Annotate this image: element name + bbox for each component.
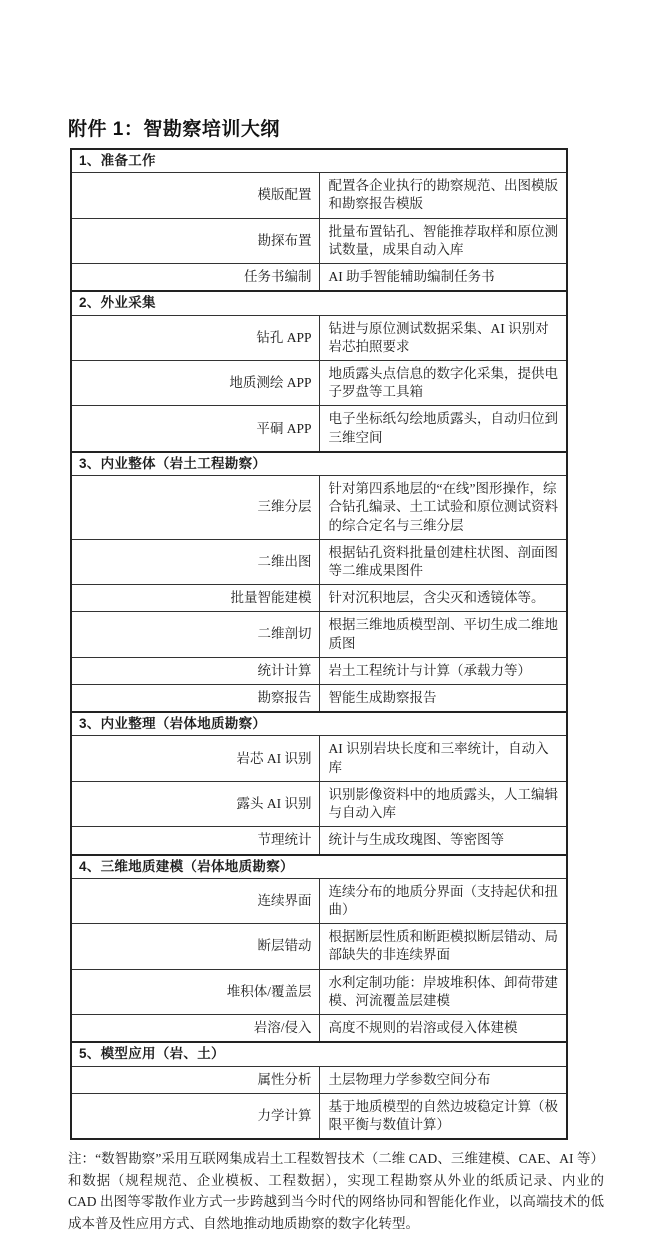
table-row: 地质测绘 APP地质露头点信息的数字化采集，提供电子罗盘等工具箱: [71, 360, 567, 405]
section-header-row: 3、内业整理（岩体地质勘察）: [71, 712, 567, 736]
item-label: 模版配置: [71, 173, 319, 218]
item-description: AI 助手智能辅助编制任务书: [319, 264, 567, 292]
section-header: 1、准备工作: [71, 149, 567, 173]
table-row: 勘察报告智能生成勘察报告: [71, 685, 567, 713]
item-description: 识别影像资料中的地质露头，人工编辑与自动入库: [319, 781, 567, 826]
table-row: 断层错动根据断层性质和断距模拟断层错动、局部缺失的非连续界面: [71, 924, 567, 941]
item-label: 统计计算: [71, 657, 319, 684]
table-row: 批量智能建模针对沉积地层，含尖灭和透镜体等。: [71, 585, 567, 612]
item-label: 平硐 APP: [71, 406, 319, 452]
table-row: 连续界面连续分布的地质分界面（支持起伏和扭曲）: [71, 878, 567, 923]
section-header-row: 3、内业整体（岩土工程勘察）: [71, 452, 567, 476]
item-description: 统计与生成玫瑰图、等密图等: [319, 827, 567, 855]
item-label: 连续界面: [71, 878, 319, 923]
table-row: 岩芯 AI 识别AI 识别岩块长度和三率统计，自动入库: [71, 736, 567, 781]
item-description: AI 识别岩块长度和三率统计，自动入库: [319, 736, 567, 781]
item-description: 岩土工程统计与计算（承载力等）: [319, 657, 567, 684]
item-label: 节理统计: [71, 827, 319, 855]
table-row: 二维剖切根据三维地质模型剖、平切生成二维地质图: [71, 612, 567, 657]
section-header: 3、内业整理（岩体地质勘察）: [71, 712, 567, 736]
training-outline-table: 1、准备工作模版配置配置各企业执行的勘察规范、出图模版和勘察报告模版勘探布置批量…: [70, 148, 568, 941]
table-row: 钻孔 APP钻进与原位测试数据采集、AI 识别对岩芯拍照要求: [71, 315, 567, 360]
item-label: 勘察报告: [71, 685, 319, 713]
item-label: 任务书编制: [71, 264, 319, 292]
table-row: 勘探布置批量布置钻孔、智能推荐取样和原位测试数量，成果自动入库: [71, 218, 567, 263]
outline-table-body: 1、准备工作模版配置配置各企业执行的勘察规范、出图模版和勘察报告模版勘探布置批量…: [71, 149, 567, 941]
table-row: 模版配置配置各企业执行的勘察规范、出图模版和勘察报告模版: [71, 173, 567, 218]
item-description: 配置各企业执行的勘察规范、出图模版和勘察报告模版: [319, 173, 567, 218]
table-row: 节理统计统计与生成玫瑰图、等密图等: [71, 827, 567, 855]
section-header-row: 1、准备工作: [71, 149, 567, 173]
item-label: 地质测绘 APP: [71, 360, 319, 405]
item-label: 三维分层: [71, 476, 319, 540]
table-row: 任务书编制AI 助手智能辅助编制任务书: [71, 264, 567, 292]
item-label: 露头 AI 识别: [71, 781, 319, 826]
section-header-row: 4、三维地质建模（岩体地质勘察）: [71, 855, 567, 879]
document-page: 附件 1：智勘察培训大纲 1、准备工作模版配置配置各企业执行的勘察规范、出图模版…: [68, 114, 608, 941]
table-row: 平硐 APP电子坐标纸勾绘地质露头，自动归位到三维空间: [71, 406, 567, 452]
item-label: 钻孔 APP: [71, 315, 319, 360]
item-description: 连续分布的地质分界面（支持起伏和扭曲）: [319, 878, 567, 923]
table-row: 露头 AI 识别识别影像资料中的地质露头，人工编辑与自动入库: [71, 781, 567, 826]
section-header: 3、内业整体（岩土工程勘察）: [71, 452, 567, 476]
item-description: 针对沉积地层，含尖灭和透镜体等。: [319, 585, 567, 612]
section-header: 2、外业采集: [71, 291, 567, 315]
item-description: 地质露头点信息的数字化采集，提供电子罗盘等工具箱: [319, 360, 567, 405]
item-description: 批量布置钻孔、智能推荐取样和原位测试数量，成果自动入库: [319, 218, 567, 263]
section-header-row: 2、外业采集: [71, 291, 567, 315]
item-description: 根据三维地质模型剖、平切生成二维地质图: [319, 612, 567, 657]
table-row: 统计计算岩土工程统计与计算（承载力等）: [71, 657, 567, 684]
item-description: 电子坐标纸勾绘地质露头，自动归位到三维空间: [319, 406, 567, 452]
page-title: 附件 1：智勘察培训大纲: [68, 114, 608, 141]
item-description: 钻进与原位测试数据采集、AI 识别对岩芯拍照要求: [319, 315, 567, 360]
table-row: 三维分层针对第四系地层的“在线”图形操作，综合钻孔编录、土工试验和原位测试资料的…: [71, 476, 567, 540]
item-label: 断层错动: [71, 924, 319, 941]
item-label: 批量智能建模: [71, 585, 319, 612]
item-label: 勘探布置: [71, 218, 319, 263]
table-row: 二维出图根据钻孔资料批量创建柱状图、剖面图等二维成果图件: [71, 539, 567, 584]
item-description: 智能生成勘察报告: [319, 685, 567, 713]
section-header: 4、三维地质建模（岩体地质勘察）: [71, 855, 567, 879]
item-label: 二维出图: [71, 539, 319, 584]
item-label: 岩芯 AI 识别: [71, 736, 319, 781]
item-label: 二维剖切: [71, 612, 319, 657]
item-description: 针对第四系地层的“在线”图形操作，综合钻孔编录、土工试验和原位测试资料的综合定名…: [319, 476, 567, 540]
item-description: 根据钻孔资料批量创建柱状图、剖面图等二维成果图件: [319, 539, 567, 584]
item-description: 根据断层性质和断距模拟断层错动、局部缺失的非连续界面: [319, 924, 567, 941]
